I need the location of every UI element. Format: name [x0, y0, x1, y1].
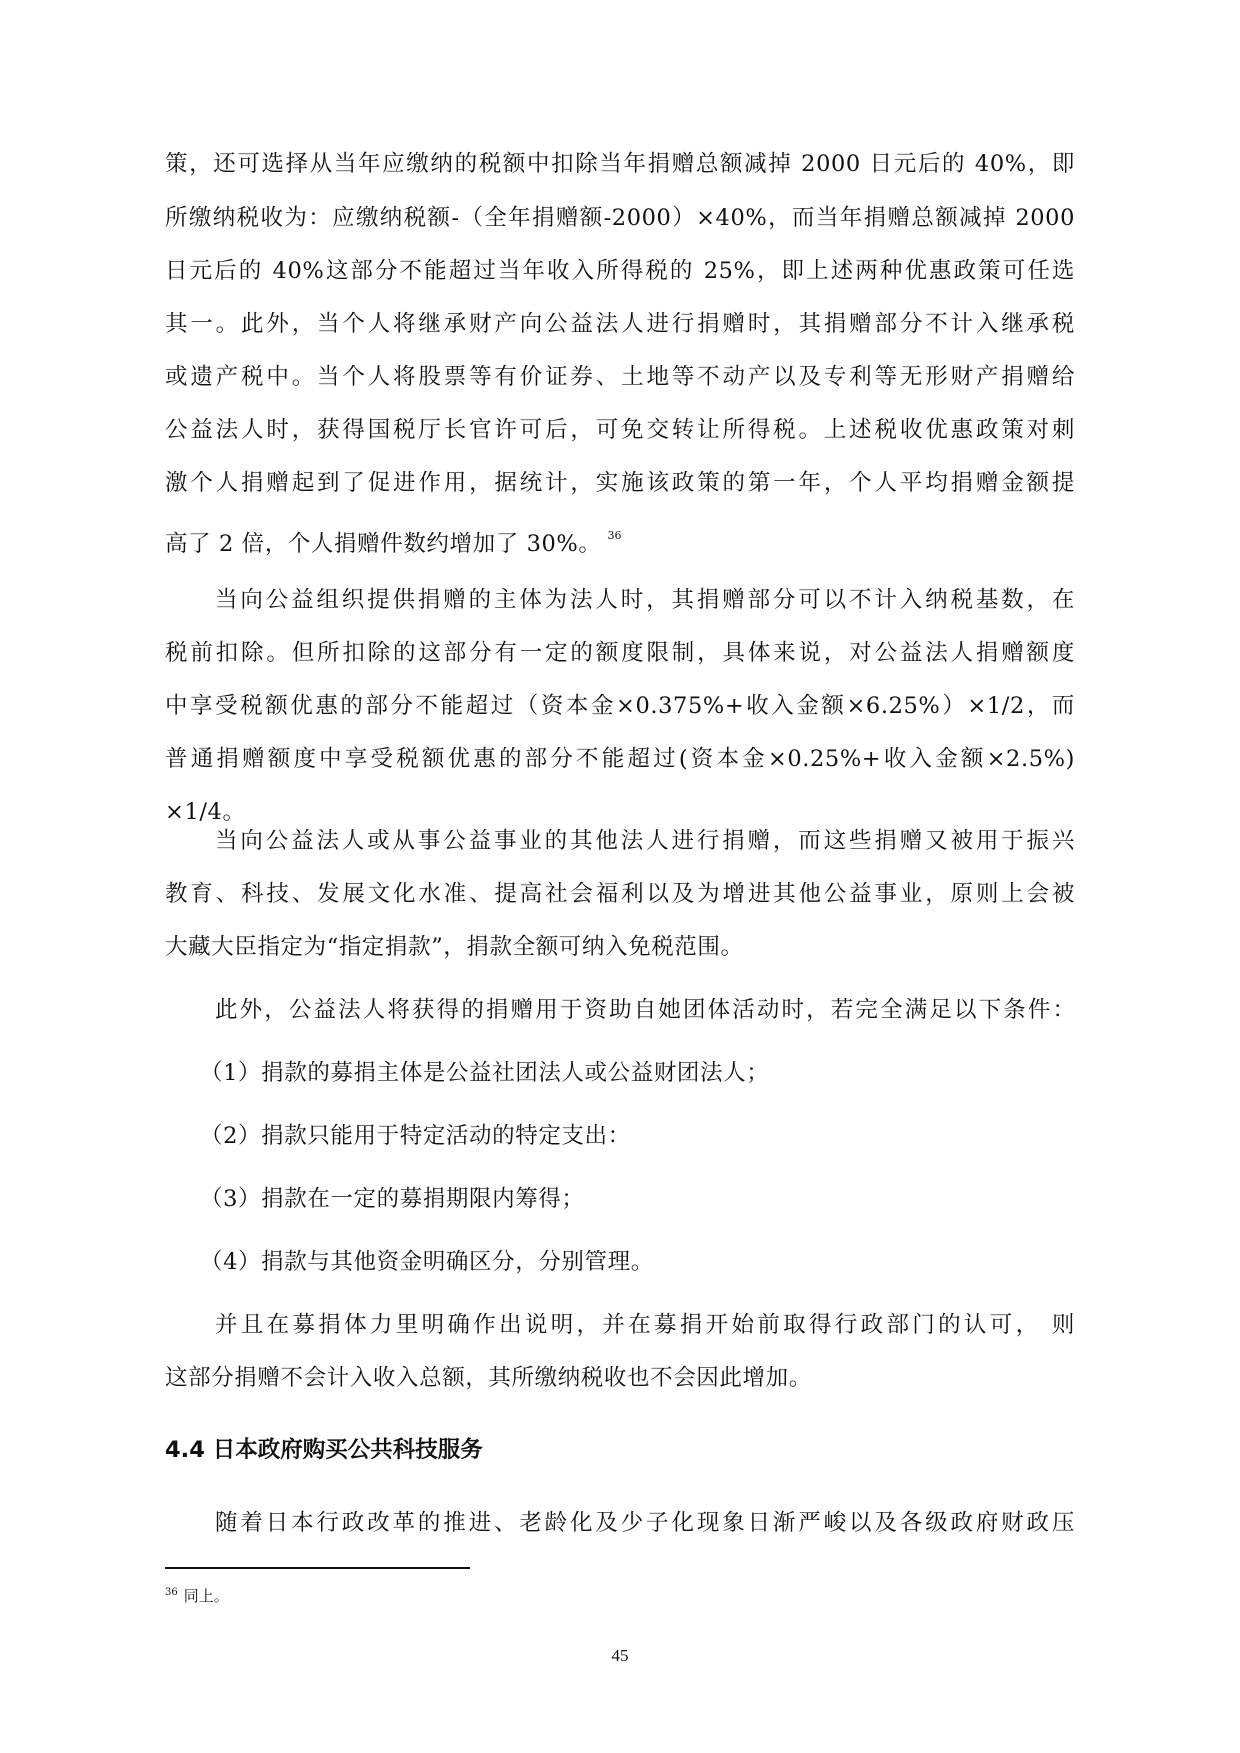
text-line: 激个人捐赠起到了促进作用，据统计，实施该政策的第一年，个人平均捐赠金额提	[165, 468, 1075, 498]
footnote-reference[interactable]: 36	[607, 529, 621, 542]
paragraph-conditions-intro: 此外，公益法人将获得的捐赠用于资助自她团体活动时，若完全满足以下条件：	[215, 995, 1075, 1025]
footnote: 36同上。	[165, 1582, 229, 1607]
text-line: 或遗产税中。当个人将股票等有价证券、土地等不动产以及专利等无形财产捐赠给	[165, 362, 1075, 392]
list-item: （1）捐款的募捐主体是公益社团法人或公益财团法人；	[200, 1058, 1110, 1088]
text-line: 普通捐赠额度中享受税额优惠的部分不能超过(资本金×0.25%+收入金额×2.5%…	[165, 744, 1075, 774]
list-item: （2）捐款只能用于特定活动的特定支出：	[200, 1121, 1110, 1151]
text-line: 税前扣除。但所扣除的这部分有一定的额度限制，具体来说，对公益法人捐赠额度	[165, 638, 1075, 668]
footnote-separator	[165, 1567, 470, 1569]
text-line: 当向公益组织提供捐赠的主体为法人时，其捐赠部分可以不计入纳税基数，在	[215, 585, 1075, 615]
paragraph-section-intro: 随着日本行政改革的推进、老龄化及少子化现象日渐严峻以及各级政府财政压	[215, 1508, 1075, 1538]
footnote-number: 36	[165, 1587, 178, 1598]
section-heading: 4.4 日本政府购买公共科技服务	[165, 1435, 483, 1465]
text-line: 策，还可选择从当年应缴纳的税额中扣除当年捐赠总额减掉 2000 日元后的 40%…	[165, 149, 1075, 179]
list-item: （4）捐款与其他资金明确区分，分别管理。	[200, 1247, 1110, 1277]
text-line: 中享受税额优惠的部分不能超过（资本金×0.375%+收入金额×6.25%）×1/…	[165, 691, 1075, 721]
text-line: 并且在募捐体力里明确作出说明，并在募捐开始前取得行政部门的认可， 则	[215, 1310, 1075, 1340]
text-line: 公益法人时，获得国税厅长官许可后，可免交转让所得税。上述税收优惠政策对刺	[165, 415, 1075, 445]
text-line: 这部分捐赠不会计入收入总额，其所缴纳税收也不会因此增加。	[165, 1363, 1075, 1393]
list-item: （3）捐款在一定的募捐期限内筹得；	[200, 1184, 1110, 1214]
text-line: 当向公益法人或从事公益事业的其他法人进行捐赠，而这些捐赠又被用于振兴	[215, 826, 1075, 856]
page-number: 45	[0, 1646, 1240, 1666]
text-line: 所缴纳税收为：应缴纳税额-（全年捐赠额-2000）×40%，而当年捐赠总额减掉 …	[165, 203, 1075, 233]
text-line-last: 高了 2 倍，个人捐赠件数约增加了 30%。36	[165, 521, 1075, 559]
text-line: 大藏大臣指定为“指定捐款”，捐款全额可纳入免税范围。	[165, 932, 1075, 962]
text-line: 高了 2 倍，个人捐赠件数约增加了 30%。	[165, 531, 601, 557]
text-line: 日元后的 40%这部分不能超过当年收入所得税的 25%，即上述两种优惠政策可任选	[165, 256, 1075, 286]
text-line: 其一。此外，当个人将继承财产向公益法人进行捐赠时，其捐赠部分不计入继承税	[165, 309, 1075, 339]
document-page: 策，还可选择从当年应缴纳的税额中扣除当年捐赠总额减掉 2000 日元后的 40%…	[0, 0, 1240, 1753]
footnote-text: 同上。	[184, 1587, 229, 1605]
text-line: 教育、科技、发展文化水准、提高社会福利以及为增进其他公益事业，原则上会被	[165, 879, 1075, 909]
text-line: ×1/4。	[165, 797, 1075, 827]
